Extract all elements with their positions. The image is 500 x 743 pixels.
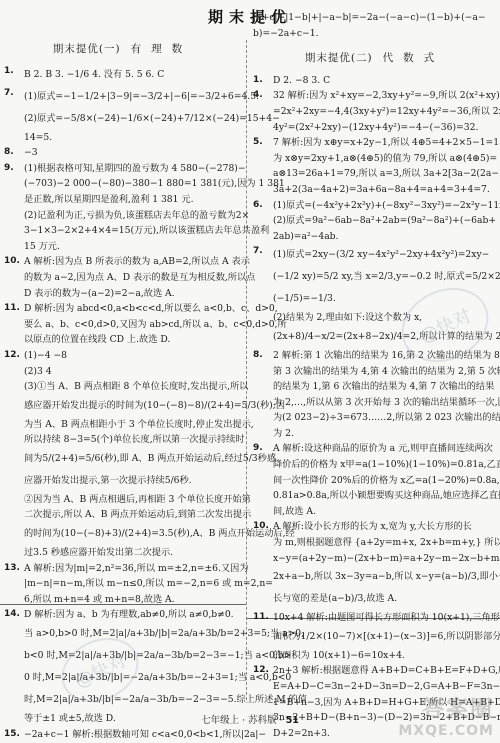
answer-body: −2a+c−1 解析:根据数轴可知 c<a<0,0<b<1,所以|2a|− — [24, 727, 266, 743]
text-line: x−y=(a+2y−m)−(2x+b−m)=a+2y−m−2x−b+m=2y− — [273, 551, 500, 567]
text-line: 为 2,…,所以从第 3 次开始每 3 次的输出结果循环一次,因 — [273, 395, 500, 411]
text-line: (−1/2 xy)=5/2 xy,当 x=2/3,y=−0.2 时,原式=5/2… — [273, 266, 500, 288]
answer-item: 10.A 解析:设小长方形的长为 x,宽为 y,大长方形的长为 m,则根据题意得… — [253, 519, 496, 610]
answer-number: 4. — [253, 88, 273, 135]
answer-number: 15. — [4, 727, 24, 743]
section-label: 期末提优(二) — [305, 52, 373, 64]
answer-number: 11. — [4, 301, 24, 348]
answer-item: 6.(1)原式=(−4x²y+2x²y)+(−8xy²−3xy²)=−2x²y−… — [253, 198, 496, 245]
text-line: 是正数,所以星期四是盈利,盈利 1 381 元. — [24, 192, 285, 208]
text-line: 以原点的位置在线段 CD 上.故选 D. — [24, 332, 287, 348]
answer-body: (1)原式=(−4x²y+2x²y)+(−8xy²−3xy²)=−2x²y−11… — [273, 198, 500, 245]
right-column: |a+c|−|1−b|+|−a−b|=−2a−(−a−c)−(1−b)+(−a−… — [253, 10, 496, 741]
section-title-1: 期末提优(一)有理数 — [4, 42, 241, 58]
text-line: D 2. −8 3. C — [273, 73, 496, 89]
brand-cn: 答案圈 — [398, 692, 494, 723]
answer-item: 11.D 解析:因为 abcd<0,a<b<c<d,所以要么 a<0,b、c、d… — [4, 301, 241, 348]
text-line: −3 — [24, 145, 241, 161]
text-line: D 表示的数为−(a−2)=2−a,故选 A. — [24, 286, 255, 302]
text-line: (−703)−2 000−(−80)−380−1 880=1 381(元),因为… — [24, 176, 285, 192]
answer-number: 1. — [4, 64, 24, 86]
answer-number: 13. — [4, 561, 24, 608]
text-line: =2x²+2xy=−4,4(3xy+y²)=12xy+4y²=−36,所以 2x… — [273, 104, 500, 120]
section-topic: 代数式 — [383, 52, 445, 64]
answer-list-2: 1.D 2. −8 3. C4.32 解析:因为 x²+xy=−2,3xy+y²… — [253, 73, 496, 742]
answer-number: 10. — [253, 519, 273, 610]
answer-number: 1. — [253, 73, 273, 89]
text-line: (1)原式=2xy−(3/2 xy−4x²y²−2xy+4x²y²)=2xy− — [273, 244, 500, 266]
text-line: (1)原式=−1−1/2+|3−9|=−3/2+|−6|=−3/2+6=4.5. — [24, 86, 280, 108]
text-line: A 解析:设小长方形的长为 x,宽为 y,大长方形的长 — [273, 519, 500, 535]
text-line: a⊗13=26a+1=79,所以 a=3,所以 3a+2[3a−2(2a−1)]… — [273, 166, 500, 182]
answer-body: (1)根据表格可知,星期四的盈亏数为 4 580−(−278)−(−703)−2… — [24, 161, 285, 255]
answer-item: 1.B 2. B 3. −1/6 4. 没有 5. 5 6. C — [4, 64, 241, 86]
answer-body: A 解析:因为|m|=2,n²=36,所以 m=±2,n=±6.又因为|m−n|… — [24, 561, 273, 608]
text-line: 的结果为 1,第 6 次输出的结果为 4,第 7 次输出的结果 — [273, 379, 500, 395]
answer-item: 12.(1)−4 −8(2)3 4(3)①当 A、B 两点相距 8 个单位长度时… — [4, 348, 241, 561]
answer-item: 9.(1)根据表格可知,星期四的盈亏数为 4 580−(−278)−(−703)… — [4, 161, 241, 255]
answer-item: 7.(1)原式=−1−1/2+|3−9|=−3/2+|−6|=−3/2+6=4.… — [4, 86, 241, 146]
text-line: (1)根据表格可知,星期四的盈亏数为 4 580−(−278)− — [24, 161, 285, 177]
brand-en: MXQE.COM — [398, 723, 494, 739]
answer-item: 8.2 解析:第 1 次输出的结果为 16,第 2 次输出的结果为 8,第 3 … — [253, 348, 496, 442]
answer-body: A 解析:设这种商品的原价为 a 元,则甲直播间连续两次降价后的价格为 x甲=a… — [273, 441, 500, 519]
answer-item: 9.A 解析:设这种商品的原价为 a 元,则甲直播间连续两次降价后的价格为 x甲… — [253, 441, 496, 519]
text-line: 10x+4 解析:由题图可得长方形面积为 10(x+1),三角形 — [273, 610, 500, 626]
answer-body: 7 解析:因为 x⊕y=x+2y−1,所以 4⊕5=4+2×5−1=13.因为 … — [273, 135, 500, 197]
answer-item: 8.−3 — [4, 145, 241, 161]
text-line: |m−n|=n−m,所以 m−n≤0,所以 m=−2,n=6 或 m=2,n= — [24, 576, 273, 592]
text-line: b)=−2a+c−1. — [253, 26, 496, 42]
answer-item: 5.7 解析:因为 x⊕y=x+2y−1,所以 4⊕5=4+2×5−1=13.因… — [253, 135, 496, 197]
text-line: 3−1×3−2×2+4×4=15(万元),所以该蛋糕店去年总共盈利 — [24, 223, 285, 239]
text-line: 7 解析:因为 x⊕y=x+2y−1,所以 4⊕5=4+2×5−1=13.因 — [273, 135, 500, 151]
text-line: 4y²=(2x²+2xy)−(12xy+4y²)=−4−(−36)=32. — [273, 120, 500, 136]
text-line: −2a+c−1 解析:根据数轴可知 c<a<0,0<b<1,所以|2a|− — [24, 727, 266, 743]
text-line: 32 解析:因为 x²+xy=−2,3xy+y²=−9,所以 2(x²+xy) — [273, 88, 500, 104]
answer-item: 4.32 解析:因为 x²+xy=−2,3xy+y²=−9,所以 2(x²+xy… — [253, 88, 496, 135]
answer-item: 15.−2a+c−1 解析:根据数轴可知 c<a<0,0<b<1,所以|2a|− — [4, 727, 241, 743]
answer-body: 10x+4 解析:由题图可得长方形面积为 10(x+1),三角形面积为1/2×(… — [273, 610, 500, 663]
text-line: 2ab)=a²−4ab. — [273, 229, 500, 245]
text-line: 15 万元. — [24, 239, 285, 255]
answer-item: 10.A 解析:因为点 B 所表示的数为 a,AB=2,所以点 A 表示的数为 … — [4, 254, 241, 301]
text-line: (2)原式=−5/8×(−24)−1/6×(−24)+7/12×(−24)=15… — [24, 108, 280, 130]
text-line: 的数为 a−2,因为点 A、D 表示的数是互为相反数,所以点 — [24, 270, 255, 286]
text-line: (2)原式=9a²−6ab−8a²+2ab=(9a²−8a²)+(−6ab+ — [273, 213, 500, 229]
text-line: A 解析:因为|m|=2,n²=36,所以 m=±2,n=±6.又因为 — [24, 561, 273, 577]
text-line: 间一次性降价 20%后的价格为 x乙=a(1−20%)=0.8a,因为 — [273, 473, 500, 489]
answer-number: 7. — [4, 86, 24, 146]
text-line: 6,所以 m+n=4 或 m+n=8,故选 A. — [24, 592, 273, 608]
stamp-text: @快对 — [415, 302, 475, 348]
text-line: 的面积为 10(x+1)−6=10x+4. — [273, 648, 500, 664]
answer-body: B 2. B 3. −1/6 4. 没有 5. 5 6. C — [24, 64, 241, 86]
left-column: 期末提优(一)有理数 1.B 2. B 3. −1/6 4. 没有 5. 5 6… — [4, 38, 241, 742]
brand-watermark: 答案圈 MXQE.COM — [398, 692, 494, 739]
answer-number: 5. — [253, 135, 273, 197]
text-line: 降价后的价格为 x甲=a(1−10%)(1−10%)=0.81a,乙直播 — [273, 457, 500, 473]
answer-body: D 解析:因为 abcd<0,a<b<c<d,所以要么 a<0,b、c、d>0,… — [24, 301, 287, 348]
text-line: 面积为1/2×(10−7)×[(x+1)−(x−3)]=6,所以阴影部分 — [273, 626, 500, 648]
section-label: 期末提优(一) — [53, 43, 121, 55]
text-line: 间,故选 A. — [273, 504, 500, 520]
answer-number: 11. — [253, 610, 273, 663]
text-line: 14=5. — [24, 130, 280, 146]
answer-body: −3 — [24, 145, 241, 161]
answer-number: 12. — [253, 663, 273, 741]
text-line: 3a+2(3a−4a+2)=3a+6a−8a+4=a+4=3+4=7. — [273, 182, 500, 198]
answer-body: 2 解析:第 1 次输出的结果为 16,第 2 次输出的结果为 8,第 3 次输… — [273, 348, 500, 442]
answer-number: 8. — [4, 145, 24, 161]
answer-body: D 2. −8 3. C — [273, 73, 496, 89]
text-line: B 2. B 3. −1/6 4. 没有 5. 5 6. C — [24, 64, 241, 86]
text-line: |a+c|−|1−b|+|−a−b|=−2a−(−a−c)−(1−b)+(−a− — [253, 10, 496, 26]
stamp-text: @快对 — [70, 647, 130, 693]
answer-number: 9. — [253, 441, 273, 519]
answer-number: 8. — [253, 348, 273, 442]
answer-number: 6. — [253, 198, 273, 245]
answer-number: 14. — [4, 607, 24, 726]
text-line: 2x+a−b,所以 3x−3y=a−b,所以 x−y=(a−b)/3,即小长方形… — [273, 566, 500, 588]
text-line: 为 m,则根据题意得 {a+2y=m+x, 2x+b=m+y,} 所以 {x=a… — [273, 535, 500, 551]
answer-body: 32 解析:因为 x²+xy=−2,3xy+y²=−9,所以 2(x²+xy)=… — [273, 88, 500, 135]
text-line: 为 x⊗y=2xy+1,a⊗(4⊕5)的值为 79,所以 a⊗(4⊕5)= — [273, 151, 500, 167]
answer-number: 9. — [4, 161, 24, 255]
text-line: 0.81a>0.8a,所以小颖想要购买这种商品,她应选择乙直播 — [273, 488, 500, 504]
text-line: 第 3 次输出的结果为 4,第 4 次输出的结果为 2,第 5 次输出 — [273, 364, 500, 380]
answer-item: 1.D 2. −8 3. C — [253, 73, 496, 89]
answer-number: 12. — [4, 348, 24, 561]
answer-body: A 解析:设小长方形的长为 x,宽为 y,大长方形的长为 m,则根据题意得 {a… — [273, 519, 500, 610]
section-topic: 有理数 — [131, 43, 193, 55]
text-line: A 解析:设这种商品的原价为 a 元,则甲直播间连续两次 — [273, 441, 500, 457]
text-line: 要么 a、b、c<0,d>0,又因为 ab>cd,所以 a、b、c<0,d>0,… — [24, 317, 287, 333]
continuation-15: |a+c|−|1−b|+|−a−b|=−2a−(−a−c)−(1−b)+(−a−… — [253, 10, 496, 41]
text-line: 为(2 023−2)÷3=673……2,所以第 2 023 次输出的结果 — [273, 410, 500, 426]
footer-label: 七年级上 · 苏科版 · — [201, 715, 286, 726]
text-line: 为 2. — [273, 426, 500, 442]
answer-body: A 解析:因为点 B 所表示的数为 a,AB=2,所以点 A 表示的数为 a−2… — [24, 254, 255, 301]
section-title-2: 期末提优(二)代数式 — [253, 51, 496, 67]
answer-item: 11.10x+4 解析:由题图可得长方形面积为 10(x+1),三角形面积为1/… — [253, 610, 496, 663]
text-line: (1)原式=(−4x²y+2x²y)+(−8xy²−3xy²)=−2x²y−11… — [273, 198, 500, 214]
text-line: D 解析:因为 abcd<0,a<b<c<d,所以要么 a<0,b、c、d>0, — [24, 301, 287, 317]
answer-item: 13.A 解析:因为|m|=2,n²=36,所以 m=±2,n=±6.又因为|m… — [4, 561, 241, 608]
page-number: 51 — [286, 715, 299, 726]
answer-body: (1)原式=−1−1/2+|3−9|=−3/2+|−6|=−3/2+6=4.5.… — [24, 86, 280, 146]
answer-number: 10. — [4, 254, 24, 301]
text-line: (2)记盈利为正,亏损为负,该蛋糕店去年总的盈亏数为2× — [24, 208, 285, 224]
text-line: 2n+3 解析:根据题意得 A+B+D=C+B+E=F+D+G,所以 — [273, 663, 500, 679]
answer-number: 7. — [253, 244, 273, 348]
text-line: 长与宽的差是(a−b)/3,故选 A. — [273, 588, 500, 610]
text-line: A 解析:因为点 B 所表示的数为 a,AB=2,所以点 A 表示 — [24, 254, 255, 270]
